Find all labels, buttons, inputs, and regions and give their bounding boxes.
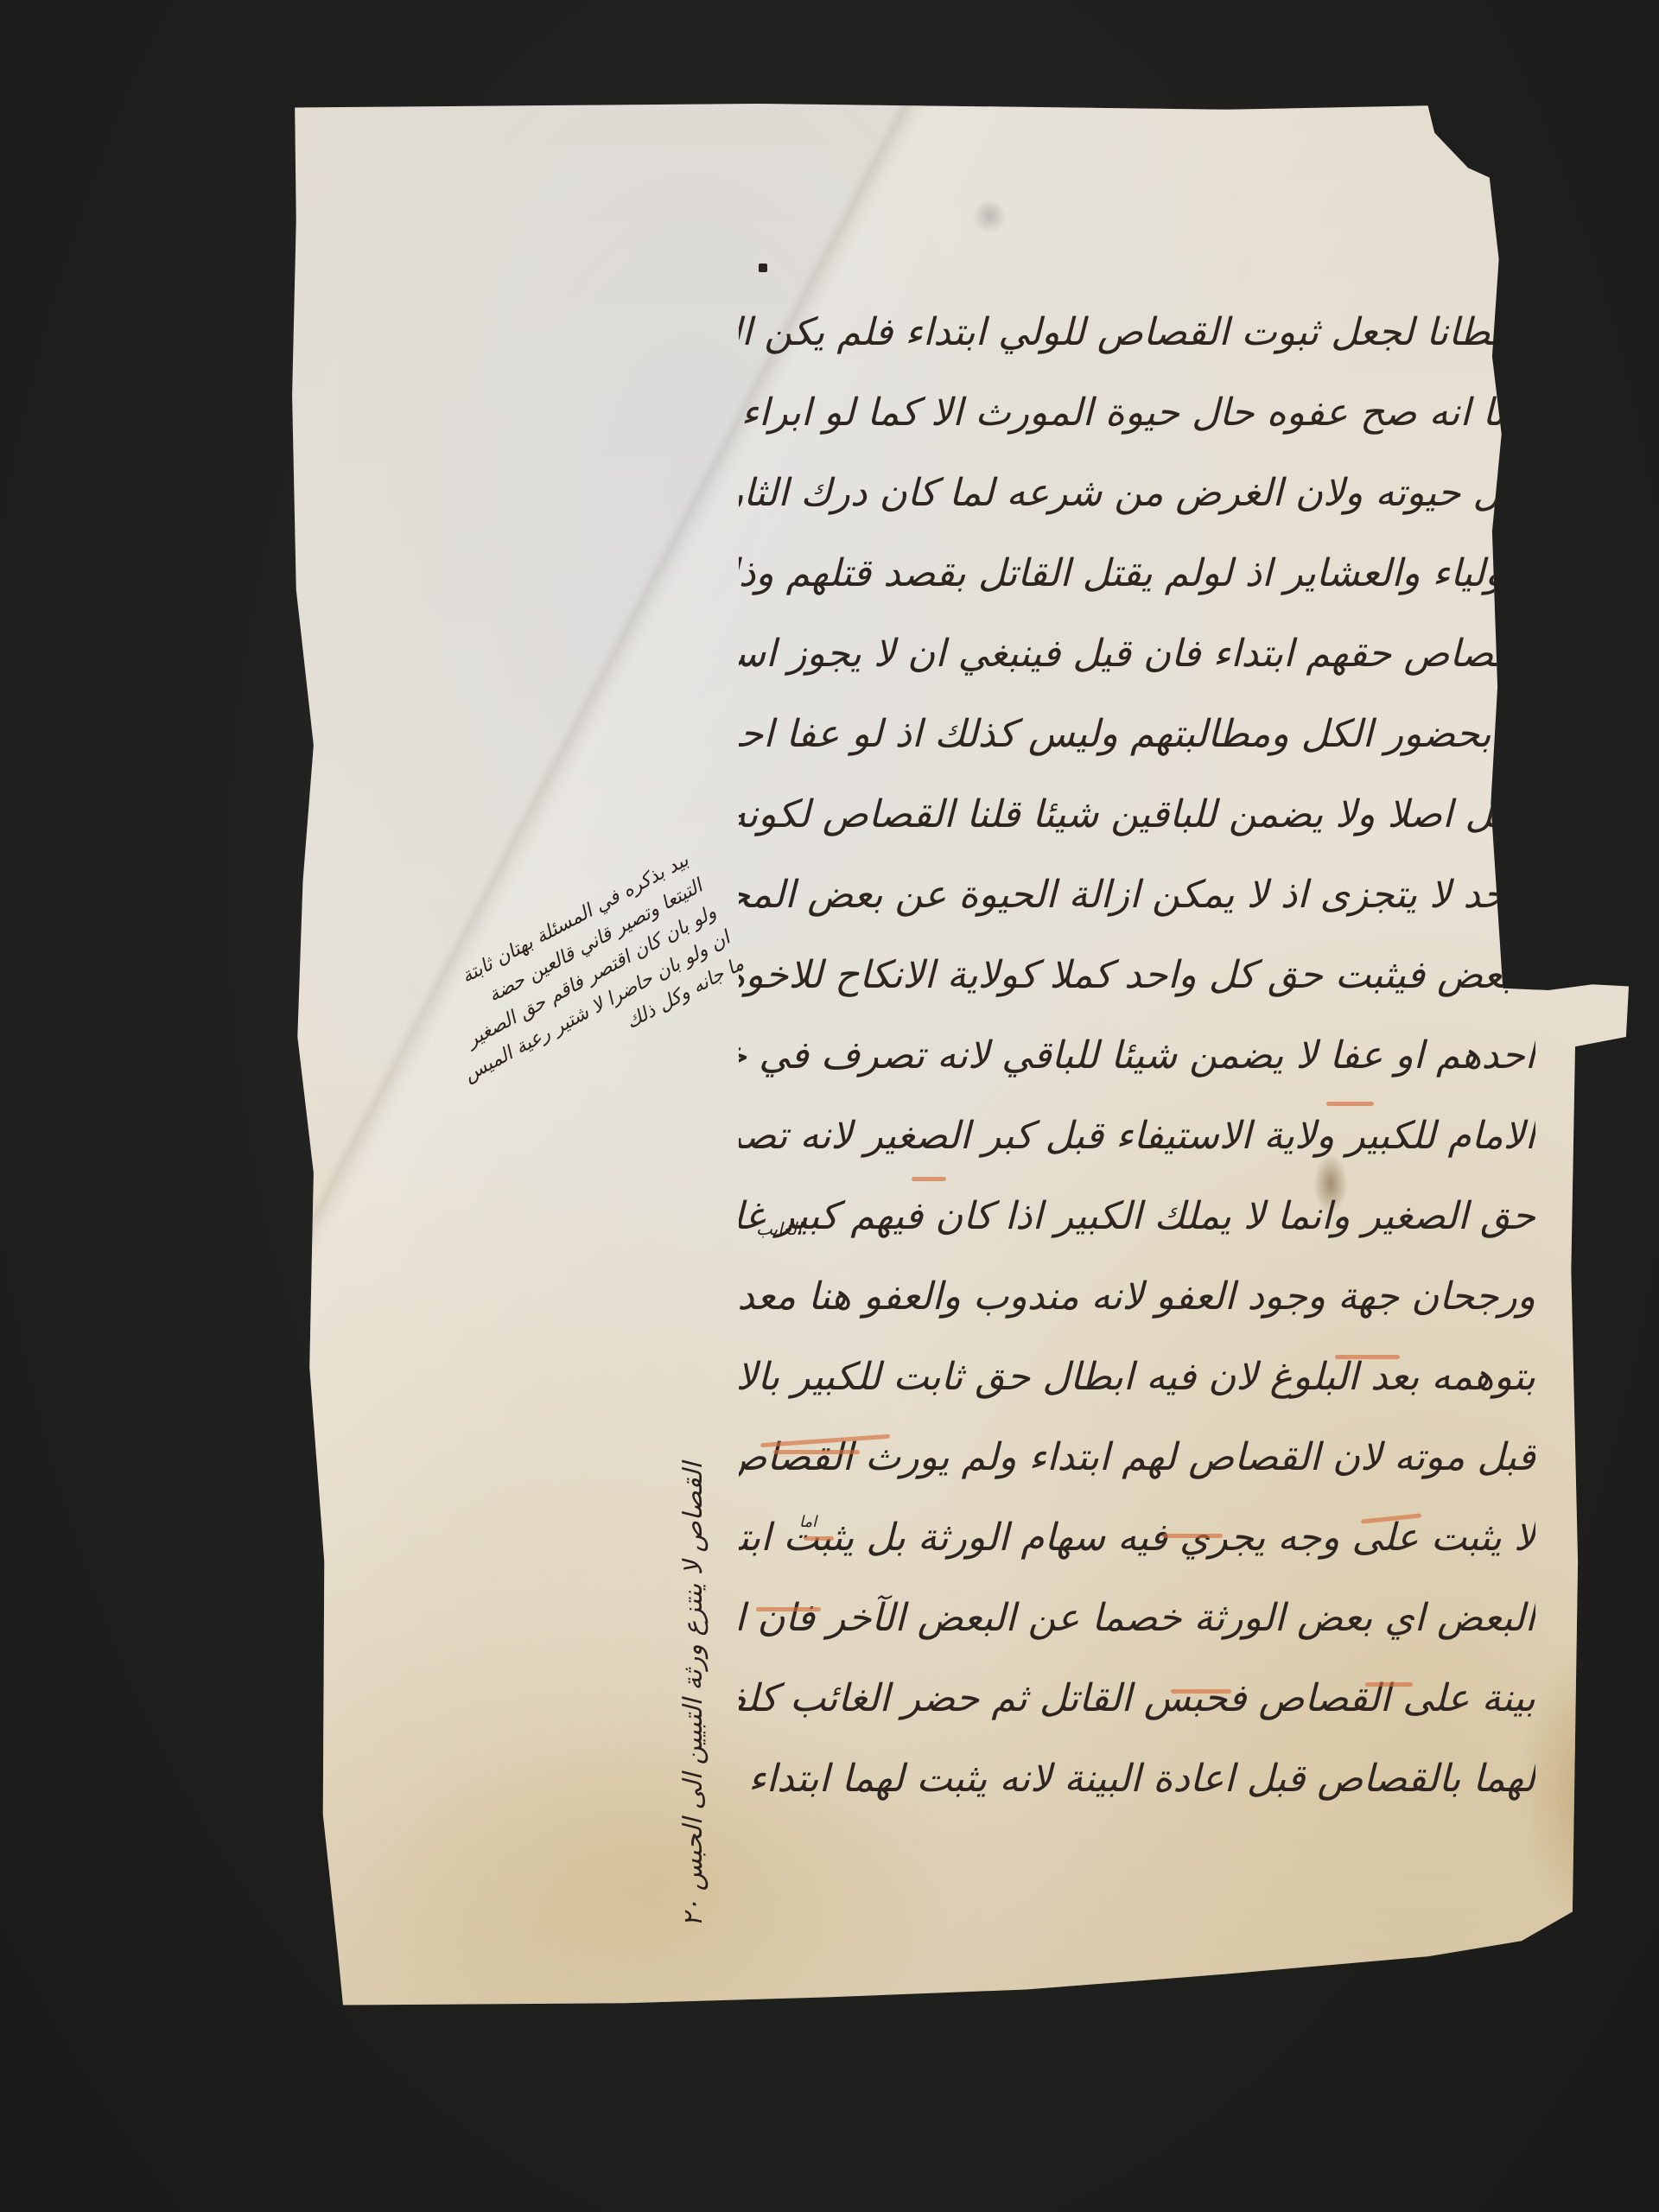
- text-line: لهما بالقصاص قبل اعادة البينة لانه يثبت …: [739, 1738, 1535, 1819]
- main-text: سلطانا لجعل ثبوت القصاص للولي ابتداء فلم…: [739, 292, 1535, 1819]
- text-line: لا يثبت على وجه يجري فيه سهام الورثة بل …: [739, 1497, 1535, 1578]
- text-line: احدهم او عفا لا يضمن شيئا للباقي لانه تص…: [739, 1015, 1535, 1096]
- text-line: سلطانا لجعل ثبوت القصاص للولي ابتداء فلم…: [739, 292, 1535, 372]
- text-line: قبل موته لان القصاص لهم ابتداء ولم يورث …: [739, 1417, 1535, 1497]
- text-line: الاولياء والعشاير اذ لولم يقتل القاتل بق…: [739, 533, 1535, 613]
- ink-dot: [759, 264, 767, 272]
- text-line: واحد لا يتجزى اذ لا يمكن ازالة الحيوة عن…: [739, 855, 1535, 935]
- text-line: بطل اصلا ولا يضمن للباقين شيئا قلنا القص…: [739, 774, 1535, 855]
- text-line: حق الصغير وانما لا يملك الكبير اذا كان ف…: [739, 1176, 1535, 1256]
- interlinear-gloss: الغايب: [756, 1214, 802, 1243]
- text-line: البعض فيثبت حق كل واحد كملا كولاية الانك…: [739, 935, 1535, 1015]
- manuscript-page: سلطانا لجعل ثبوت القصاص للولي ابتداء فلم…: [289, 104, 1629, 2048]
- interlinear-gloss: اما: [799, 1508, 817, 1537]
- text-line: القصاص حقهم ابتداء فان قيل فينبغي ان لا …: [739, 613, 1535, 694]
- spot: [972, 199, 1007, 233]
- marginal-note-diagonal: بيد بذكره في المسئلة بهتان ثابتة التيتعا…: [406, 847, 779, 1176]
- text-line: ورجحان جهة وجود العفو لانه مندوب والعفو …: [739, 1256, 1535, 1337]
- marginal-note-vertical: القصاص لا ينتزع ورثة التبيين الى الحبس ٢…: [678, 1462, 709, 1927]
- text-line: بتوهمه بعد البلوغ لان فيه ابطال حق ثابت …: [739, 1337, 1535, 1417]
- water-stain: [1516, 1642, 1659, 1935]
- text-line: حال حيوته ولان الغرض من شرعه لما كان درك…: [739, 453, 1535, 533]
- text-line: ولنا انه صح عفوه حال حيوة المورث الا كما…: [739, 372, 1535, 453]
- text-line: بينة على القصاص فحبس القاتل ثم حضر الغائ…: [739, 1658, 1535, 1738]
- text-line: الا بحضور الكل ومطالبتهم وليس كذلك اذ لو…: [739, 694, 1535, 774]
- text-line: الامام للكبير ولاية الاستيفاء قبل كبر ال…: [739, 1096, 1535, 1176]
- text-line: البعض اي بعض الورثة خصما عن البعض الآخر …: [739, 1578, 1535, 1658]
